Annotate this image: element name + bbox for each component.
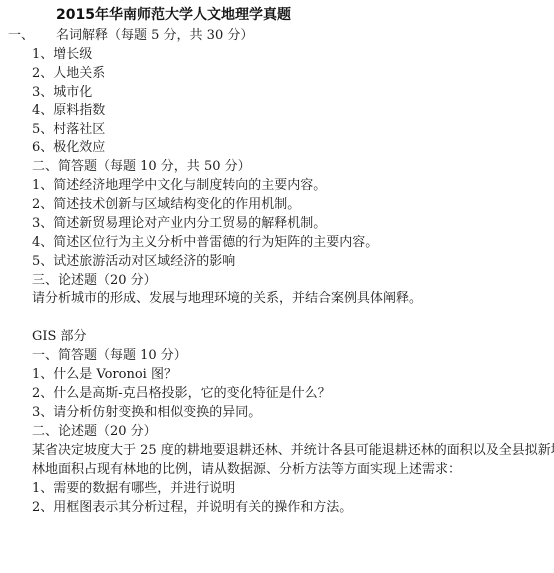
exam-document: 2015年华南师范大学人文地理学真题 一、 名词解释（每题 5 分，共 30 分… [0, 0, 554, 573]
list-item: 2、用框图表示其分析过程，并说明有关的操作和方法。 [32, 499, 352, 517]
list-item: 4、原料指数 [32, 102, 105, 120]
section-heading: 三、论述题（20 分） [32, 272, 157, 290]
list-item: 1、什么是 Voronoi 图？ [32, 366, 177, 384]
question-prompt: 某省决定坡度大于 25 度的耕地要退耕还林、并统计各县可能退耕还林的面积以及全县… [32, 442, 554, 460]
document-title: 2015年华南师范大学人文地理学真题 [56, 6, 291, 24]
list-item: 2、人地关系 [32, 65, 105, 83]
list-item: 6、极化效应 [32, 139, 105, 157]
list-item: 1、需要的数据有哪些，并进行说明 [32, 480, 235, 498]
list-item: 请分析城市的形成、发展与地理环境的关系，并结合案例具体阐释。 [32, 290, 422, 308]
list-item: 2、简述技术创新与区域结构变化的作用机制。 [32, 196, 300, 214]
list-item: 1、增长级 [32, 46, 92, 64]
section-heading: 名词解释（每题 5 分，共 30 分） [56, 27, 253, 45]
list-item: 3、请分析仿射变换和相似变换的异同。 [32, 404, 261, 422]
part-heading: GIS 部分 [32, 328, 87, 346]
section-number: 一、 [8, 27, 34, 45]
section-heading: 二、论述题（20 分） [32, 423, 157, 441]
list-item: 3、简述新贸易理论对产业内分工贸易的解释机制。 [32, 215, 326, 233]
list-item: 4、简述区位行为主义分析中普雷德的行为矩阵的主要内容。 [32, 234, 378, 252]
list-item: 3、城市化 [32, 84, 92, 102]
list-item: 1、简述经济地理学中文化与制度转向的主要内容。 [32, 177, 326, 195]
section-heading: 二、简答题（每题 10 分，共 50 分） [32, 158, 251, 176]
list-item: 2、什么是高斯-克吕格投影，它的变化特征是什么？ [32, 385, 331, 403]
list-item: 5、试述旅游活动对区域经济的影响 [32, 253, 235, 271]
list-item: 5、村落社区 [32, 121, 105, 139]
section-heading: 一、简答题（每题 10 分） [32, 347, 187, 365]
question-prompt: 林地面积占现有林地的比例，请从数据源、分析方法等方面实现上述需求： [32, 461, 461, 479]
